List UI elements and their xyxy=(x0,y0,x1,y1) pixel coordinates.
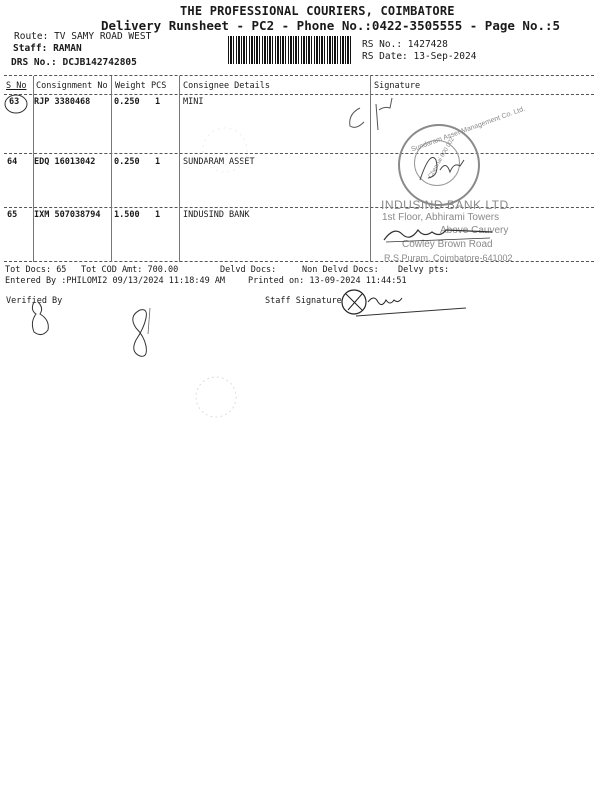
barcode xyxy=(228,36,352,64)
row-weight: 1.500 xyxy=(114,210,140,220)
col-header-consignment: Consignment No xyxy=(36,81,108,91)
handwritten-loop-icon xyxy=(28,300,58,340)
tot-cod-label: Tot COD Amt: xyxy=(81,265,142,275)
rs-date-label: RS Date: xyxy=(362,51,408,62)
column-divider xyxy=(111,76,112,262)
row-weight: 0.250 xyxy=(114,157,140,167)
staff-value: RAMAN xyxy=(53,43,82,54)
rs-date-value: 13-Sep-2024 xyxy=(414,51,477,62)
tot-cod-line: Tot COD Amt: 700.00 xyxy=(81,265,178,275)
delvy-pts-label: Delvy pts: xyxy=(398,265,449,275)
drs-label: DRS No.: xyxy=(11,57,57,68)
staff-line: Staff: RAMAN xyxy=(13,43,82,54)
indusind-stamp-line1: INDUSIND BANK LTD. xyxy=(381,198,512,212)
delvd-docs-label: Delvd Docs: xyxy=(220,265,276,275)
rs-no-line: RS No.: 1427428 xyxy=(362,39,448,50)
row-sno: 64 xyxy=(7,157,17,167)
row-weight: 0.250 xyxy=(114,97,140,107)
non-delvd-docs-label: Non Delvd Docs: xyxy=(302,265,379,275)
column-divider xyxy=(179,76,180,262)
staff-signature-label: Staff Signature xyxy=(265,296,342,306)
signature-scribble-icon xyxy=(410,140,470,190)
row-consignment-no: EDQ 16013042 xyxy=(34,157,95,167)
drs-value: DCJB142742805 xyxy=(63,57,137,68)
col-header-pcs: PCS xyxy=(151,81,166,91)
totals-line: Tot Docs: 65 xyxy=(5,265,66,275)
indusind-stamp-line5: R.S.Puram, Coimbatore-641002 xyxy=(384,253,513,263)
route-label: Route: xyxy=(14,31,48,42)
row-consignment-no: IXM 507038794 xyxy=(34,210,101,220)
staff-label: Staff: xyxy=(13,43,47,54)
drs-line: DRS No.: DCJB142742805 xyxy=(11,57,137,68)
row-pcs: 1 xyxy=(155,210,160,220)
rs-no-label: RS No.: xyxy=(362,39,402,50)
divider xyxy=(4,153,594,154)
tot-docs-value: 65 xyxy=(56,265,66,275)
tot-docs-label: Tot Docs: xyxy=(5,265,51,275)
rs-no-value: 1427428 xyxy=(408,39,448,50)
row-pcs: 1 xyxy=(155,157,160,167)
row-consignment-no: RJP 3380468 xyxy=(34,97,90,107)
tot-cod-value: 700.00 xyxy=(148,265,179,275)
signature-scribble-icon xyxy=(380,222,500,246)
col-header-signature: Signature xyxy=(374,81,420,91)
route-line: Route: TV SAMY ROAD WEST xyxy=(14,31,151,42)
entered-by: Entered By :PHILOMI2 09/13/2024 11:18:49… xyxy=(5,276,225,286)
rs-date-line: RS Date: 13-Sep-2024 xyxy=(362,51,476,62)
runsheet-subtitle: Delivery Runsheet - PC2 - Phone No.:0422… xyxy=(101,18,560,33)
col-header-sno: S_No xyxy=(6,81,26,91)
printed-on: Printed on: 13-09-2024 11:44:51 xyxy=(248,276,407,286)
handwritten-figure-eight-icon xyxy=(126,306,162,364)
route-value: TV SAMY ROAD WEST xyxy=(54,31,151,42)
divider xyxy=(4,94,594,95)
col-header-consignee: Consignee Details xyxy=(183,81,270,91)
faint-stamp-smudge-icon xyxy=(186,372,246,422)
staff-signature-scribble-icon xyxy=(340,288,470,318)
faint-stamp-smudge-icon xyxy=(185,120,265,180)
divider xyxy=(4,75,594,76)
row-pcs: 1 xyxy=(155,97,160,107)
row-sno: 65 xyxy=(7,210,17,220)
row-consignee: MINI xyxy=(183,97,203,107)
company-title: THE PROFESSIONAL COURIERS, COIMBATORE xyxy=(180,4,455,18)
col-header-weight: Weight xyxy=(115,81,146,91)
row-consignee: INDUSIND BANK xyxy=(183,210,250,220)
handwritten-circle-icon xyxy=(2,92,32,116)
signature-tick-icon xyxy=(376,96,406,116)
